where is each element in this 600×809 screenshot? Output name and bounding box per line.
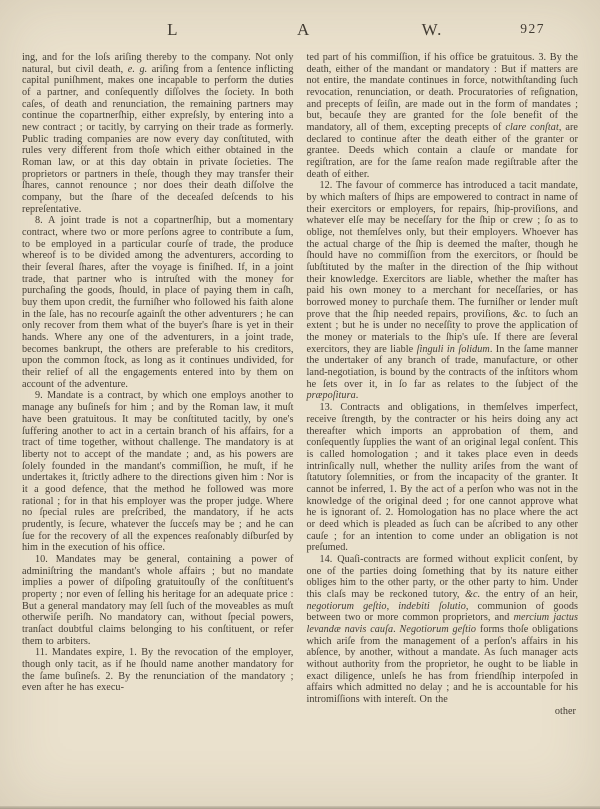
header-letter-w: W.	[422, 20, 443, 40]
paragraph: 12. The favour of commerce has introduce…	[307, 180, 579, 402]
left-column: ing, and for the loſs ariſing thereby to…	[22, 52, 294, 717]
header-letter-a: A	[297, 20, 310, 40]
text-columns: ing, and for the loſs ariſing thereby to…	[0, 50, 600, 717]
running-header: L A W. 927	[0, 0, 600, 50]
paragraph: 10. Mandates may be general, containing …	[22, 554, 294, 647]
paragraph: 9. Mandate is a contract, by which one e…	[22, 390, 294, 553]
right-column: ted part of his commiſſion, if his offic…	[307, 52, 579, 717]
paragraph: ted part of his commiſſion, if his offic…	[307, 52, 579, 180]
book-page: L A W. 927 ing, and for the loſs ariſing…	[0, 0, 600, 809]
right-column-text: ted part of his commiſſion, if his offic…	[307, 52, 579, 706]
paragraph: 14. Quaſi-contracts are formed without e…	[307, 554, 579, 706]
paragraph: 13. Contracts and obligations, in themſe…	[307, 402, 579, 554]
paragraph: 11. Mandates expire, 1. By the revocatio…	[22, 647, 294, 694]
left-column-text: ing, and for the loſs ariſing thereby to…	[22, 52, 294, 694]
page-number: 927	[520, 21, 545, 37]
catchword: other	[307, 706, 579, 718]
paragraph: ing, and for the loſs ariſing thereby to…	[22, 52, 294, 215]
header-letter-l: L	[167, 20, 178, 40]
paragraph: 8. A joint trade is not a copartnerſhip,…	[22, 215, 294, 390]
